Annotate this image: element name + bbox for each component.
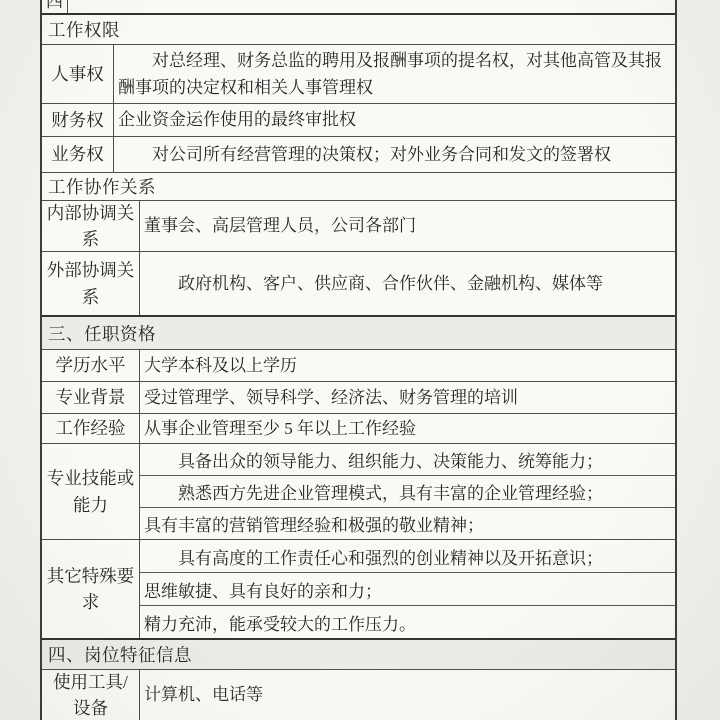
row-content-list: 具有高度的工作责任心和强烈的创业精神以及开拓意识； 思维敏捷、具有良好的亲和力；… [140, 540, 675, 638]
section-header-work-authority: 工作权限 [42, 15, 675, 45]
row-content: 大学本科及以上学历 [140, 350, 675, 381]
list-item: 精力充沛，能承受较大的工作压力。 [140, 606, 675, 638]
row-label: 学历水平 [42, 350, 140, 381]
row-label: 其它特殊要求 [42, 540, 140, 638]
section-title: 工作权限 [48, 17, 120, 42]
partial-cell-text: 四 [46, 0, 63, 13]
list-item: 具有高度的工作责任心和强烈的创业精神以及开拓意识； [140, 540, 675, 573]
table-row-work-experience: 工作经验 从事企业管理至少 5 年以上工作经验 [42, 414, 675, 444]
row-content: 对公司所有经营管理的决策权；对外业务合同和发文的签署权 [114, 137, 675, 172]
table-row-professional-background: 专业背景 受过管理学、领导科学、经济法、财务管理的培训 [42, 382, 675, 414]
partial-cell-rest [68, 0, 675, 13]
list-item: 思维敏捷、具有良好的亲和力； [140, 573, 675, 606]
document-page: 四 工作权限 人事权 对总经理、财务总监的聘用及报酬事项的提名权，对其他高管及其… [0, 0, 720, 720]
row-label: 工作经验 [42, 414, 140, 443]
row-content-list: 具备出众的领导能力、组织能力、决策能力、统筹能力； 熟悉西方先进企业管理模式，具… [140, 444, 675, 539]
row-label: 外部协调关系 [42, 252, 140, 315]
row-content: 受过管理学、领导科学、经济法、财务管理的培训 [140, 382, 675, 413]
row-content: 董事会、高层管理人员，公司各部门 [140, 201, 675, 251]
table-row-professional-skills: 专业技能或能力 具备出众的领导能力、组织能力、决策能力、统筹能力； 熟悉西方先进… [42, 444, 675, 540]
table-row-internal-coordination: 内部协调关系 董事会、高层管理人员，公司各部门 [42, 201, 675, 252]
section-title: 工作协作关系 [48, 174, 156, 199]
section-header-collaboration: 工作协作关系 [42, 173, 675, 201]
table-row-education-level: 学历水平 大学本科及以上学历 [42, 350, 675, 382]
row-label: 专业背景 [42, 382, 140, 413]
row-content: 政府机构、客户、供应商、合作伙伴、金融机构、媒体等 [140, 252, 675, 315]
row-content: 计算机、电话等 [140, 670, 675, 720]
list-item: 熟悉西方先进企业管理模式，具有丰富的企业管理经验； [140, 476, 675, 508]
table-row-partial-top: 四 [42, 0, 675, 15]
section-header-position-characteristics: 四、岗位特征信息 [42, 640, 675, 670]
row-label: 使用工具/设备 [42, 670, 140, 720]
row-content: 从事企业管理至少 5 年以上工作经验 [140, 414, 675, 443]
row-label: 财务权 [42, 104, 114, 136]
table-row-tools-equipment: 使用工具/设备 计算机、电话等 [42, 670, 675, 720]
table-row-external-coordination: 外部协调关系 政府机构、客户、供应商、合作伙伴、金融机构、媒体等 [42, 252, 675, 317]
partial-cell: 四 [42, 0, 68, 13]
table-row-business-authority: 业务权 对公司所有经营管理的决策权；对外业务合同和发文的签署权 [42, 137, 675, 173]
row-label: 人事权 [42, 45, 114, 103]
row-label: 内部协调关系 [42, 201, 140, 251]
section-header-qualifications: 三、任职资格 [42, 317, 675, 350]
section-title: 四、岗位特征信息 [48, 642, 192, 667]
row-label: 专业技能或能力 [42, 444, 140, 539]
table-row-other-special-requirements: 其它特殊要求 具有高度的工作责任心和强烈的创业精神以及开拓意识； 思维敏捷、具有… [42, 540, 675, 640]
job-description-table: 四 工作权限 人事权 对总经理、财务总监的聘用及报酬事项的提名权，对其他高管及其… [40, 0, 677, 720]
list-item: 具有丰富的营销管理经验和极强的敬业精神； [140, 508, 675, 539]
section-title: 三、任职资格 [48, 321, 156, 346]
row-content: 企业资金运作使用的最终审批权 [114, 104, 675, 136]
row-label: 业务权 [42, 137, 114, 172]
row-content: 对总经理、财务总监的聘用及报酬事项的提名权，对其他高管及其报酬事项的决定权和相关… [114, 45, 675, 103]
table-row-financial-authority: 财务权 企业资金运作使用的最终审批权 [42, 104, 675, 137]
list-item: 具备出众的领导能力、组织能力、决策能力、统筹能力； [140, 444, 675, 476]
table-row-personnel-authority: 人事权 对总经理、财务总监的聘用及报酬事项的提名权，对其他高管及其报酬事项的决定… [42, 45, 675, 104]
